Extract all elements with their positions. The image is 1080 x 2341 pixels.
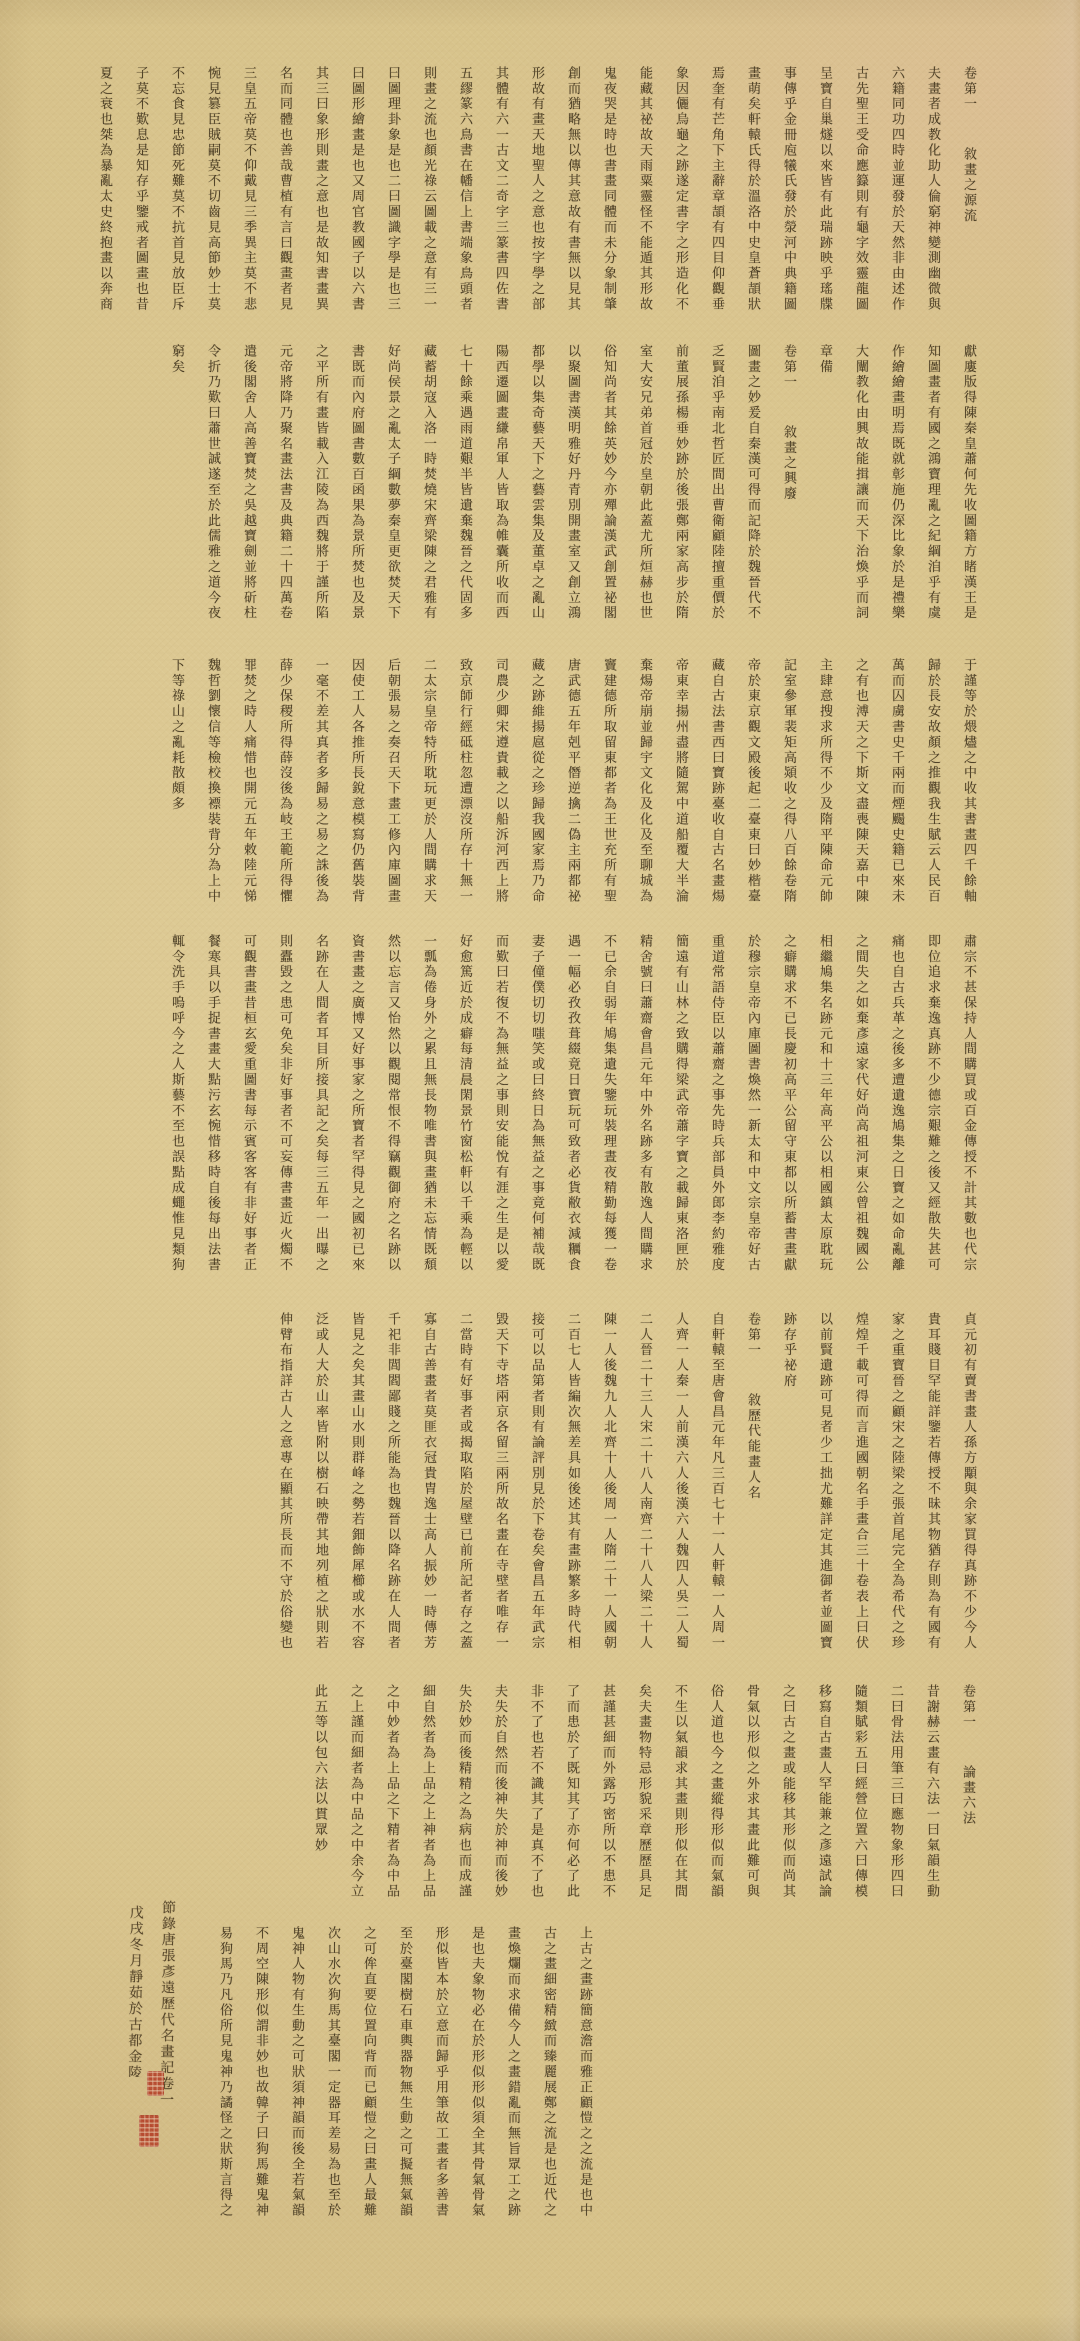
colophon-signature-line: 戊戌冬月靜茹於古都金陵: [117, 1905, 151, 2077]
text-block-6-six-principles: 卷第一 論畫六法 昔謝赫云畫有六法一曰氣韻生動二曰骨法用筆三曰應物象形四曰隨類賦…: [228, 1684, 985, 1914]
text-block-1-origins-of-painting: 卷第一 敘畫之源流 夫畫者成教化助人倫窮神變測幽微與六籍同功四時並運發於天然非由…: [85, 66, 986, 318]
text-block-3-rise-and-fall: 于謹等於煨燼之中收其書畫四千餘軸歸於長安故顏之推觀我生賦云人民百萬而囚虜書史千兩…: [85, 658, 986, 906]
text-block-2-rise-and-fall-header: 獻廔版得陳秦皇蕭何先收圖籍方睹漢王是知圖畫者有國之鴻寶理亂之紀綱洎乎有虞作繪繪畫…: [85, 344, 986, 630]
artist-seal-upper: [147, 2071, 164, 2096]
text-block-4-collecting: 肅宗不甚保持人間購買或百金傳授不計其數也代宗即位追求棄逸真跡不少德宗艱難之後又經…: [85, 934, 986, 1286]
calligraphy-scroll: 卷第一 敘畫之源流 夫畫者成教化助人倫窮神變測幽微與六籍同功四時並運發於天然非由…: [0, 0, 1080, 2341]
text-block-7-six-principles-end: 上古之畫跡簡意澹而雅正顧愷之之流是也中古之畫細密精緻而臻麗展鄭之流是也近代之畫煥…: [212, 1926, 602, 2230]
artist-seal-lower: [139, 2115, 159, 2147]
text-block-5-painters-list: 貞元初有賣書畫人孫方顒與余家買得真跡不少今人貴耳賤目罕能詳鑒若傳授不昧其物猶存則…: [85, 1312, 986, 1656]
